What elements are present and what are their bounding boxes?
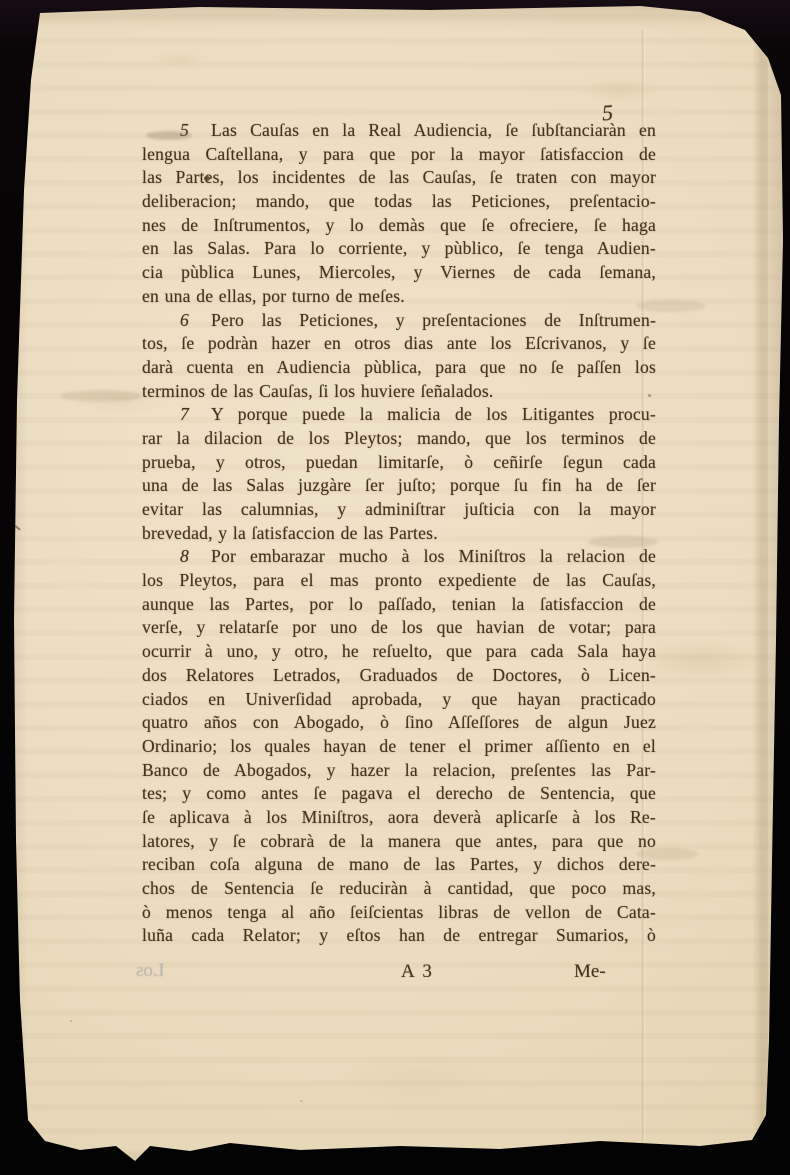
- text-line: los Pleytos, para el mas pronto expedien…: [142, 569, 656, 593]
- text-line: ocurrir à uno, y otro, he reſuelto, que …: [142, 640, 656, 664]
- text-block: 5Las Cauſas en la Real Audiencia, ſe ſub…: [142, 119, 656, 948]
- scanned-page-photo: 5 5Las Cauſas en la Real Audiencia, ſe ſ…: [0, 0, 790, 1175]
- ghost-show-through-text: Los: [136, 960, 165, 982]
- text-line: en las Salas. Para lo corriente, y pùbli…: [142, 237, 656, 261]
- text-line: tes; y como antes ſe pagava el derecho d…: [142, 782, 656, 806]
- text-line: en una de ellas, por turno de meſes.: [142, 285, 656, 309]
- text-line-content: Y porque puede la malicia de los Litigan…: [211, 404, 656, 424]
- right-edge-fold: [752, 40, 768, 1130]
- text-line: latores, y ſe cobrarà de la manera que a…: [142, 830, 656, 854]
- page: 5 5Las Cauſas en la Real Audiencia, ſe ſ…: [0, 0, 790, 1175]
- text-line: brevedad, y la ſatisfaccion de las Parte…: [142, 522, 656, 546]
- paper-fiber: [7, 519, 21, 530]
- text-line: Ordinario; los quales hayan de tener el …: [142, 735, 656, 759]
- text-line: rar la dilacion de los Pleytos; mando, q…: [142, 427, 656, 451]
- text-line: terminos de las Cauſas, ſi los huviere ſ…: [142, 380, 656, 404]
- text-line: aunque las Partes, por lo paſſado, tenia…: [142, 593, 656, 617]
- text-line: reciban coſa alguna de mano de las Parte…: [142, 853, 656, 877]
- text-line-content: Por embarazar mucho à los Miniſtros la r…: [211, 546, 656, 566]
- text-line-content: Pero las Peticiones, y preſentaciones de…: [211, 310, 656, 330]
- text-line: prueba, y otros, puedan limitarſe, ò ceñ…: [142, 451, 656, 475]
- text-line: ſe aplicava à los Miniſtros, aora deverà…: [142, 806, 656, 830]
- text-line: verſe, y relatarſe por uno de los que ha…: [142, 616, 656, 640]
- paragraph-number: 5: [180, 119, 189, 143]
- show-through-smudge: [60, 390, 142, 402]
- catchword: Me-: [574, 961, 606, 983]
- paragraph-number: 6: [180, 309, 189, 333]
- text-line: 7Y porque puede la malicia de los Litiga…: [142, 403, 656, 427]
- text-line: deliberacion; mando, que todas las Petic…: [142, 190, 656, 214]
- text-line: una de las Salas juzgàre ſer juſto; porq…: [142, 474, 656, 498]
- text-line-content: Las Cauſas en la Real Audiencia, ſe ſubſ…: [211, 120, 656, 140]
- text-line: nes de Inſtrumentos, y lo demàs que ſe o…: [142, 214, 656, 238]
- text-line: Banco de Abogados, y hazer la relacion, …: [142, 759, 656, 783]
- ink-speck: [70, 1020, 72, 1022]
- text-line: 6Pero las Peticiones, y preſentaciones d…: [142, 309, 656, 333]
- paragraph-number: 7: [180, 403, 189, 427]
- ink-speck: [300, 1100, 303, 1102]
- text-line: cia pùblica Lunes, Miercoles, y Viernes …: [142, 261, 656, 285]
- text-line: darà cuenta en Audiencia pùblica, para q…: [142, 356, 656, 380]
- text-line: las Partes, los incidentes de las Cauſas…: [142, 166, 656, 190]
- text-line: ciados en Univerſidad aprobada, y que ha…: [142, 688, 656, 712]
- signature-mark: A 3: [401, 961, 434, 983]
- text-line: evitar las calumnias, y adminiſtrar juſt…: [142, 498, 656, 522]
- text-line: dos Relatores Letrados, Graduados de Doc…: [142, 664, 656, 688]
- text-line: luña cada Relator; y eſtos han de entreg…: [142, 924, 656, 948]
- text-line: 8Por embarazar mucho à los Miniſtros la …: [142, 545, 656, 569]
- text-line: tos, ſe podràn hazer en otros dias ante …: [142, 332, 656, 356]
- paragraph-number: 8: [180, 545, 189, 569]
- text-line: lengua Caſtellana, y para que por la may…: [142, 143, 656, 167]
- text-line: chos de Sentencia ſe reduciràn à cantida…: [142, 877, 656, 901]
- text-line: 5Las Cauſas en la Real Audiencia, ſe ſub…: [142, 119, 656, 143]
- text-line: quatro años con Abogado, ò ſino Aſſeſſor…: [142, 711, 656, 735]
- text-line: ò menos tenga al año ſeiſcientas libras …: [142, 901, 656, 925]
